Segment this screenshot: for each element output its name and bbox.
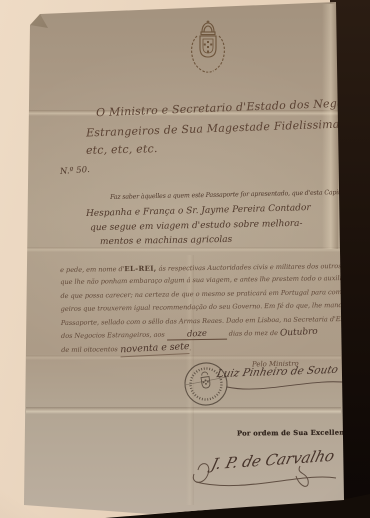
printed-line-7-a: de mil oitocentos <box>61 346 120 355</box>
passport-number: N.º 50. <box>60 165 90 177</box>
clerk-signature-flourish <box>188 452 340 494</box>
por-ordem-label: Por ordem de Sua Excellencia <box>237 428 356 437</box>
heading-line-2: Estrangeiros de Sua Magestade Fidelissim… <box>86 118 344 140</box>
heading-line-3: etc, etc, etc. <box>86 142 158 157</box>
photograph-of-passport-document: O Ministro e Secretario d'Estado dos Neg… <box>0 0 370 518</box>
printed-line-6-b: dias do mez de <box>227 329 280 338</box>
handwritten-line-3: que segue em viagem d'estudo sobre melho… <box>90 219 303 233</box>
minister-signature-flourish <box>224 372 356 398</box>
day-fill-handwritten: doze <box>187 330 207 340</box>
month-fill-handwritten: Outubro <box>280 326 318 341</box>
printed-line-1-pre: e pede, em nome d' <box>60 265 124 274</box>
printed-line-1-post: ás respectivas Auctoridades civis e mili… <box>156 262 366 273</box>
fold-crease-4 <box>26 407 341 414</box>
paper-sheet: O Ministro e Secretario d'Estado dos Neg… <box>0 0 370 518</box>
printed-line-6-a: dos Negocios Estrangeiros, aos <box>61 330 167 339</box>
folded-corner <box>29 13 51 33</box>
handwritten-line-2: Hespanha e França o Sr. Jayme Pereira Co… <box>86 203 311 219</box>
fold-crease-2 <box>26 247 341 252</box>
printed-paragraph: e pede, em nome d'EL-REI, ás respectivas… <box>60 259 333 357</box>
handwritten-line-4: mentos e machinas agricolas <box>100 235 232 247</box>
royal-coat-of-arms-icon <box>185 20 231 74</box>
ink-stamp <box>179 357 233 411</box>
day-blank: doze <box>167 330 227 341</box>
el-rei-bold: EL-REI, <box>124 264 156 273</box>
